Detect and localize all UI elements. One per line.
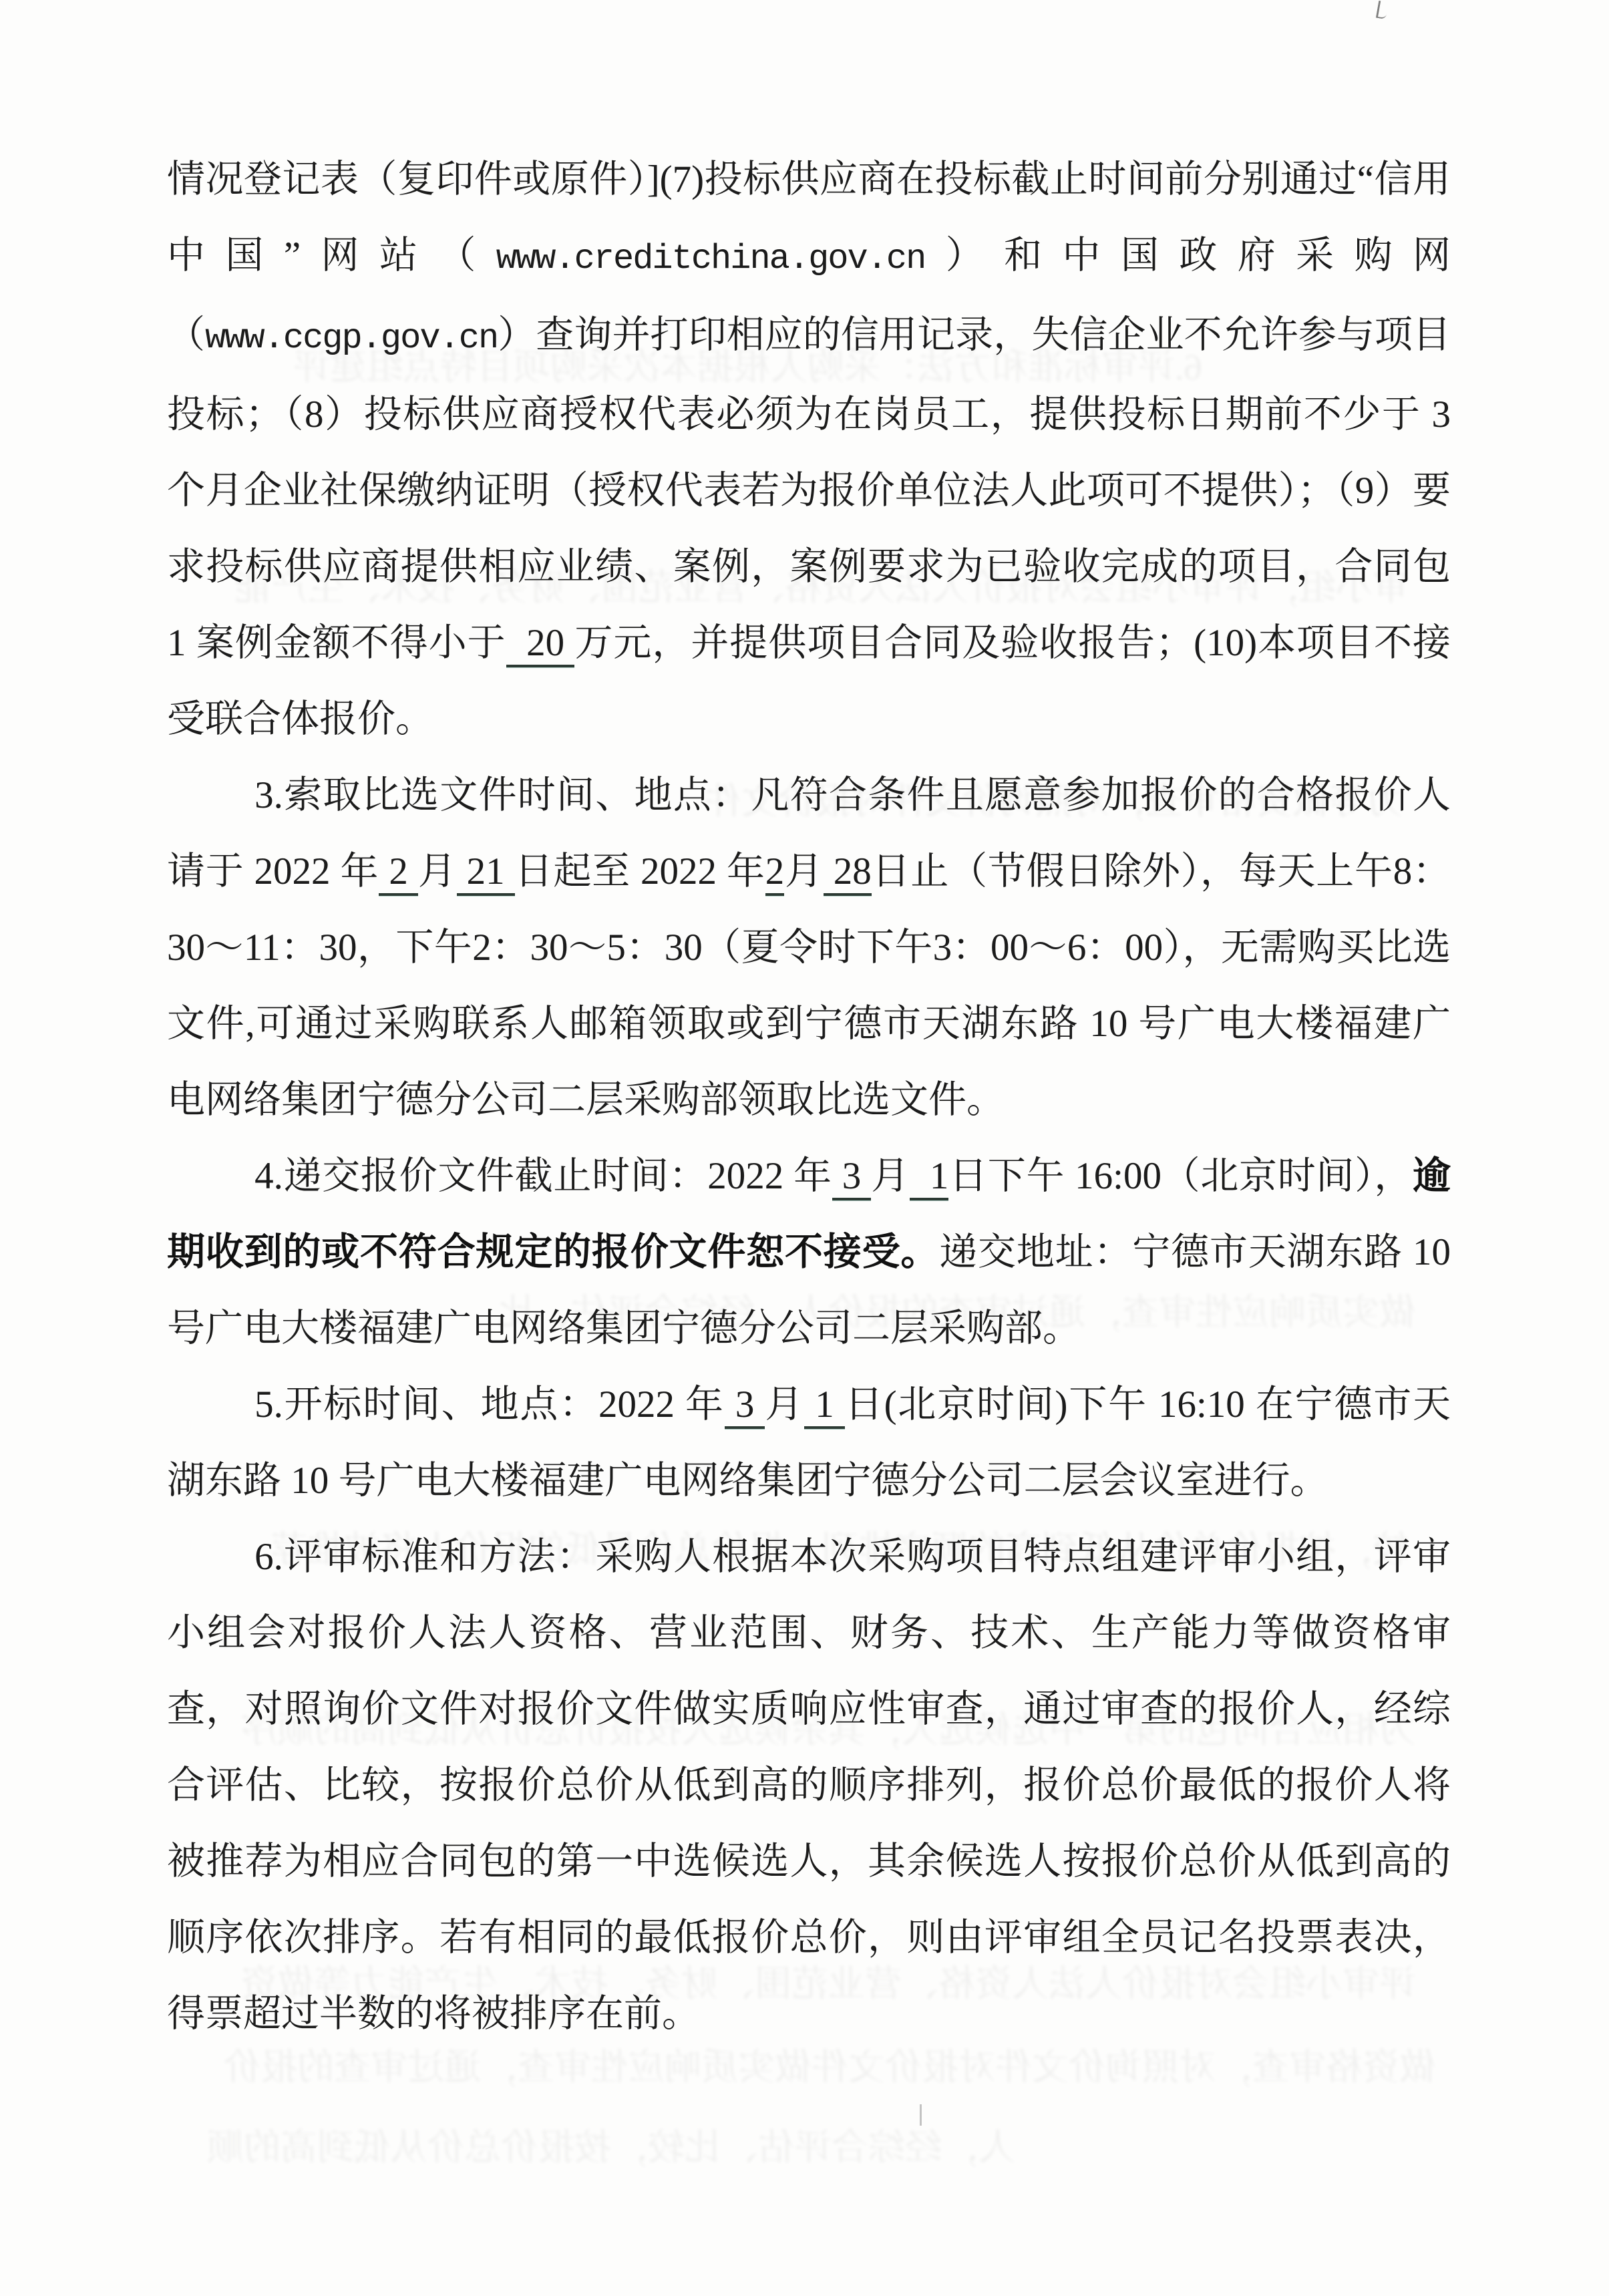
paragraph: 6.评审标准和方法：采购人根据本次采购项目特点组建评审小组，评审小组会对报价人法… <box>167 1519 1451 2052</box>
scan-artifact <box>920 2104 922 2126</box>
url-text: www.creditchina.gov.cn <box>496 239 926 279</box>
paragraph: 情况登记表（复印件或原件）](7)投标供应商在投标截止时间前分别通过“信用中国”… <box>167 142 1451 758</box>
text-run: 6.评审标准和方法：采购人根据本次采购项目特点组建评审小组，评审小组会对报价人法… <box>167 1536 1451 2035</box>
bleed-through-text: 做资格审查，对照询价文件对报价文件做实质响应性审查，通过审查的报价 <box>180 2047 1436 2089</box>
text-run: 月 <box>871 1155 910 1197</box>
underlined-blank: 1 <box>910 1155 948 1200</box>
bleed-through-text: 人，经综合评估、比较，按报价总价从低到高的顺 <box>180 2128 1015 2169</box>
text-run: 月 <box>784 850 824 892</box>
underlined-blank: 3 <box>725 1383 765 1429</box>
document-text: 情况登记表（复印件或原件）](7)投标供应商在投标截止时间前分别通过“信用中国”… <box>167 142 1451 2052</box>
underlined-blank: 28 <box>824 850 872 896</box>
text-run: 月 <box>418 850 457 892</box>
document-page: 6.评审标准和方法：采购人根据本次采购项目特点组建评审小组，评审小组会对报价人法… <box>0 0 1609 2296</box>
text-run: 日起至 2022 年 <box>515 850 765 892</box>
scan-artifact <box>1376 1 1389 19</box>
text-run: 5.开标时间、地点：2022 年 <box>254 1383 725 1426</box>
underlined-blank: 20 <box>506 622 575 667</box>
text-run: ）查询并打印相应的信用记录，失信企业不允许参与项目投标；（8）投标供应商授权代表… <box>167 314 1460 664</box>
underlined-blank: 21 <box>457 850 515 896</box>
paragraph: 4.递交报价文件截止时间：2022 年 3 月 1日下午 16:00（北京时间）… <box>167 1138 1451 1367</box>
underlined-blank: 3 <box>832 1155 871 1200</box>
underlined-blank: 2 <box>379 850 418 896</box>
paragraph: 5.开标时间、地点：2022 年 3 月 1 日(北京时间)下午 16:10 在… <box>167 1367 1451 1519</box>
underlined-blank: 1 <box>804 1383 845 1429</box>
text-run: 月 <box>765 1383 804 1426</box>
underlined-blank: 2 <box>765 850 785 896</box>
text-run: 4.递交报价文件截止时间：2022 年 <box>254 1155 832 1197</box>
paragraph: 3.索取比选文件时间、地点：凡符合条件且愿意参加报价的合格报价人请于 2022 … <box>167 758 1451 1138</box>
text-run: 日下午 16:00（北京时间）， <box>948 1155 1413 1197</box>
url-text: www.ccgp.gov.cn <box>205 319 498 358</box>
